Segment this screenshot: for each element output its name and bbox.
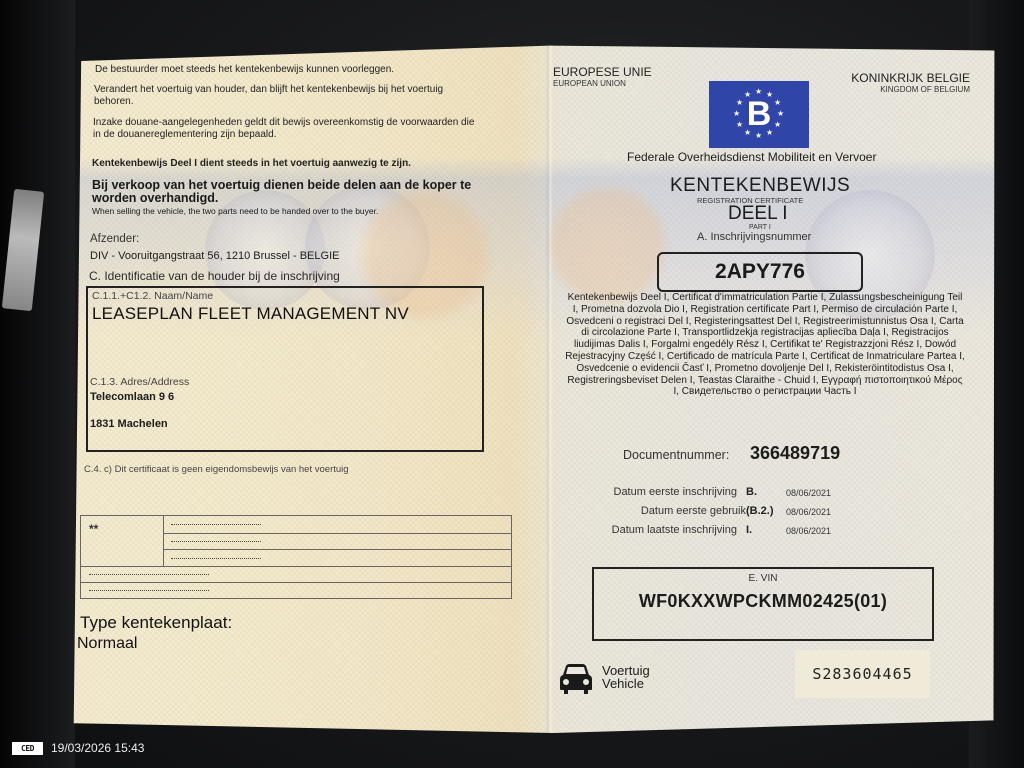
vin-box: E. VIN WF0KXXWPCKMM02425(01) [592,567,934,641]
notice-3-cont: in de douanereglementering zijn bepaald. [93,129,276,141]
notice-2: Verandert het voertuig van houder, dan b… [94,84,443,96]
multilingual-title-list: Kentekenbewijs Deel I, Certificat d'imma… [565,292,965,398]
date-first-use-value: 08/06/2021 [786,507,831,517]
flag-star-icon: ★ [755,88,762,96]
vin-label: E. VIN [594,573,932,584]
plate-type-value: Normaal [77,635,137,653]
annotation-grid: ** [80,515,512,599]
center-fold [545,40,553,740]
registration-number: 2APY776 [657,252,863,292]
grid-marker: ** [89,522,98,536]
eu-belgium-flag: B ★★★★★★★★★★★★ [709,81,809,148]
registration-number-label: A. Inschrijvingsnummer [697,231,811,243]
sell-notice-nl-cont: worden overhandigd. [92,192,218,205]
plate-type-label: Type kentekenplaat: [80,613,232,633]
document-number-label: Documentnummer: [623,448,729,462]
flag-star-icon: ★ [736,121,743,129]
certificate-title: KENTEKENBEWIJS [670,175,850,197]
car-seat-background [0,0,75,768]
holder-address-line2: 1831 Machelen [90,418,168,430]
serial-number: S283604465 [795,650,930,698]
date-first-use-code: (B.2.) [746,505,774,517]
holder-name-label: C.1.1.+C1.2. Naam/Name [92,290,213,302]
flag-star-icon: ★ [736,99,743,107]
c4-note: C.4. c) Dit certificaat is geen eigendom… [84,464,349,475]
flag-star-icon: ★ [733,110,740,118]
vehicle-label-en: Vehicle [602,677,644,690]
car-icon [558,662,594,696]
ministry-name: Federale Overheidsdienst Mobiliteit en V… [627,150,876,164]
kingdom-label-nl: KONINKRIJK BELGIE [851,71,970,85]
date-first-use-label: Datum eerste gebruik [576,505,746,517]
holder-address-label: C.1.3. Adres/Address [90,376,189,388]
sender-label: Afzender: [90,233,139,245]
sender-address: DIV - Vooruitgangstraat 56, 1210 Brussel… [90,250,339,262]
holder-name: LEASEPLAN FLEET MANAGEMENT NV [92,304,409,324]
notice-2-cont: behoren. [94,96,133,108]
notice-1: De bestuurder moet steeds het kentekenbe… [95,64,394,76]
photo-timestamp-overlay: CED 19/03/2026 15:43 [12,741,144,755]
date-first-registration-label: Datum eerste inschrijving [567,486,737,498]
flag-star-icon: ★ [744,91,751,99]
flag-star-icon: ★ [755,132,762,140]
section-c-title: C. Identificatie van de houder bij de in… [89,269,340,283]
deel-notice: Kentekenbewijs Deel I dient steeds in he… [92,158,411,170]
sell-notice-en: When selling the vehicle, the two parts … [92,206,378,216]
date-last-registration-code: I. [746,524,752,536]
eu-label-en: EUROPEAN UNION [553,79,626,88]
part-title: DEEL I [728,203,788,225]
photo-timestamp: 19/03/2026 15:43 [51,741,144,755]
flag-star-icon: ★ [766,129,773,137]
camera-brand-logo: CED [12,742,43,755]
notice-3: Inzake douane-aangelegenheden geldt dit … [93,117,474,129]
kingdom-label-en: KINGDOM OF BELGIUM [880,85,970,94]
flag-star-icon: ★ [774,121,781,129]
date-last-registration-label: Datum laatste inschrijving [567,524,737,536]
holder-address-line1: Telecomlaan 9 6 [90,391,174,403]
flag-star-icon: ★ [774,99,781,107]
wheel-watermark-4 [545,180,670,310]
holder-box: C.1.1.+C1.2. Naam/Name LEASEPLAN FLEET M… [86,286,484,452]
document-number: 366489719 [750,443,840,464]
date-first-registration-value: 08/06/2021 [786,488,831,498]
vin-value: WF0KXXWPCKMM02425(01) [594,591,932,612]
eu-label-nl: EUROPESE UNIE [553,65,652,79]
part-title-en: PART I [749,224,771,231]
date-first-registration-code: B. [746,486,757,498]
date-last-registration-value: 08/06/2021 [786,526,831,536]
flag-star-icon: ★ [766,91,773,99]
flag-star-icon: ★ [744,129,751,137]
flag-star-icon: ★ [777,110,784,118]
registration-certificate: De bestuurder moet steeds het kentekenbe… [70,40,1000,740]
